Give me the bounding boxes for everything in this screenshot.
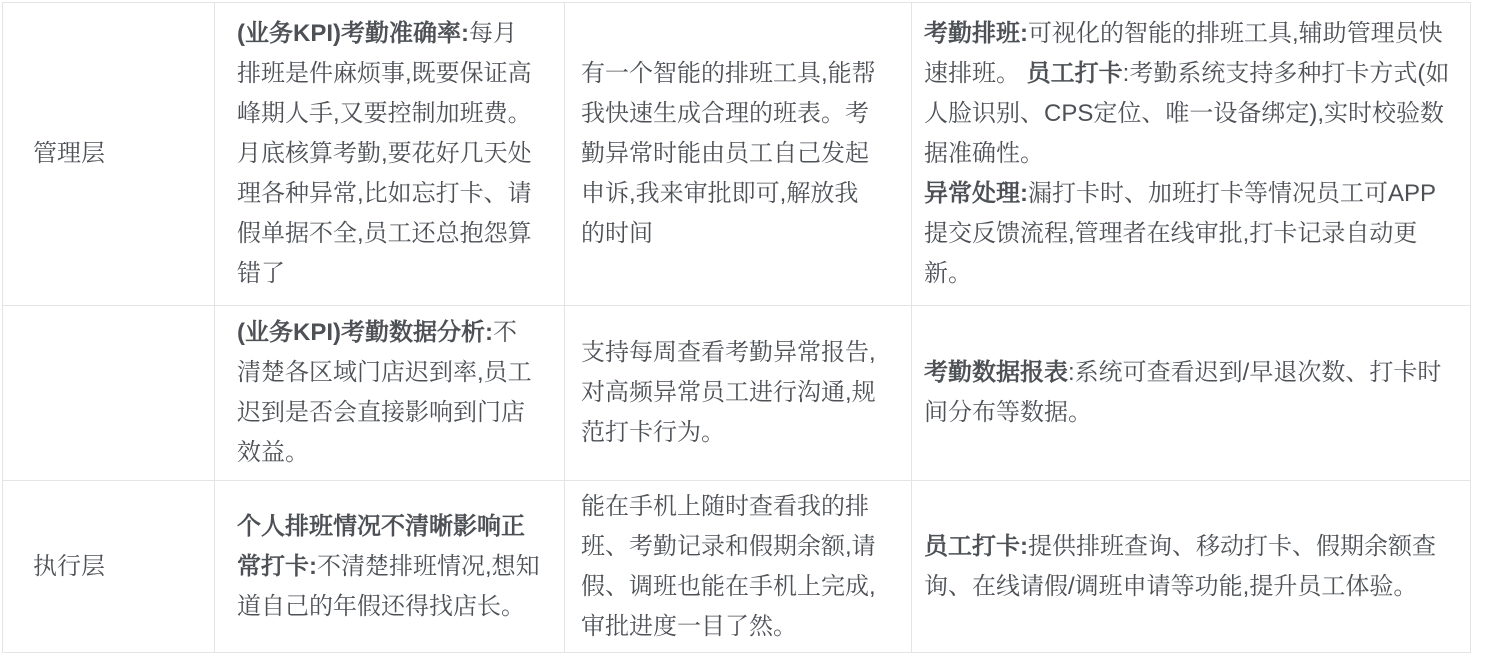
paragraph: 能在手机上随时查看我的排班、考勤记录和假期余额,请假、调班也能在手机上完成,审批… [581, 487, 880, 647]
cell-pain-point-management[interactable]: (业务KPI)考勤准确率:每月排班是件麻烦事,既要保证高峰期人手,又要控制加班费… [215, 3, 565, 306]
paragraph: 支持每周查看考勤异常报告,对高频异常员工进行沟通,规范打卡行为。 [581, 333, 880, 453]
paragraph: 有一个智能的排班工具,能帮我快速生成合理的班表。考勤异常时能由员工自己发起申诉,… [581, 54, 880, 254]
cell-role-execution[interactable]: 执行层 [3, 481, 215, 653]
paragraph: (业务KPI)考勤准确率:每月排班是件麻烦事,既要保证高峰期人手,又要控制加班费… [237, 14, 540, 294]
cell-solution-execution[interactable]: 员工打卡:提供排班查询、移动打卡、假期余额查询、在线请假/调班申请等功能,提升员… [912, 481, 1471, 653]
paragraph: (业务KPI)考勤数据分析:不清楚各区域门店迟到率,员工迟到是否会直接影响到门店… [237, 313, 540, 473]
bold-text-run: 员工打卡: [924, 533, 1028, 560]
text-run: 有一个智能的排班工具,能帮我快速生成合理的班表。考勤异常时能由员工自己发起申诉,… [581, 60, 876, 247]
paragraph: 考勤排班:可视化的智能的排班工具,辅助管理员快速排班。 员工打卡:考勤系统支持多… [924, 14, 1456, 174]
bold-text-run: 考勤排班: [924, 20, 1028, 47]
bold-text-run: (业务KPI)考勤数据分析: [237, 319, 493, 346]
persona-pain-need-solution-table: 管理层 (业务KPI)考勤准确率:每月排班是件麻烦事,既要保证高峰期人手,又要控… [2, 2, 1471, 653]
cell-need-execution[interactable]: 能在手机上随时查看我的排班、考勤记录和假期余额,请假、调班也能在手机上完成,审批… [565, 481, 912, 653]
table-row-execution: 执行层 个人排班情况不清晰影响正常打卡:不清楚排班情况,想知道自己的年假还得找店… [3, 481, 1471, 653]
paragraph: 异常处理:漏打卡时、加班打卡等情况员工可APP提交反馈流程,管理者在线审批,打卡… [924, 174, 1456, 294]
cell-solution-management[interactable]: 考勤排班:可视化的智能的排班工具,辅助管理员快速排班。 员工打卡:考勤系统支持多… [912, 3, 1471, 306]
table-row-management: 管理层 (业务KPI)考勤准确率:每月排班是件麻烦事,既要保证高峰期人手,又要控… [3, 3, 1471, 306]
bold-text-run: 考勤数据报表 [924, 359, 1068, 386]
table-body: 管理层 (业务KPI)考勤准确率:每月排班是件麻烦事,既要保证高峰期人手,又要控… [3, 3, 1471, 653]
bold-text-run: 异常处理: [924, 180, 1028, 207]
cell-pain-point-data-analysis[interactable]: (业务KPI)考勤数据分析:不清楚各区域门店迟到率,员工迟到是否会直接影响到门店… [215, 306, 565, 481]
text-run: 支持每周查看考勤异常报告,对高频异常员工进行沟通,规范打卡行为。 [581, 339, 876, 446]
cell-role-management[interactable]: 管理层 [3, 3, 215, 306]
text-run: 每月排班是件麻烦事,既要保证高峰期人手,又要控制加班费。月底核算考勤,要花好几天… [237, 20, 532, 287]
paragraph: 员工打卡:提供排班查询、移动打卡、假期余额查询、在线请假/调班申请等功能,提升员… [924, 527, 1456, 607]
bold-text-run: 员工打卡 [1027, 60, 1123, 87]
cell-need-data-analysis[interactable]: 支持每周查看考勤异常报告,对高频异常员工进行沟通,规范打卡行为。 [565, 306, 912, 481]
cell-solution-data-analysis[interactable]: 考勤数据报表:系统可查看迟到/早退次数、打卡时间分布等数据。 [912, 306, 1471, 481]
cell-need-management[interactable]: 有一个智能的排班工具,能帮我快速生成合理的班表。考勤异常时能由员工自己发起申诉,… [565, 3, 912, 306]
text-run: 能在手机上随时查看我的排班、考勤记录和假期余额,请假、调班也能在手机上完成,审批… [581, 493, 876, 640]
cell-pain-point-execution[interactable]: 个人排班情况不清晰影响正常打卡:不清楚排班情况,想知道自己的年假还得找店长。 [215, 481, 565, 653]
cell-role-empty[interactable] [3, 306, 215, 481]
paragraph: 考勤数据报表:系统可查看迟到/早退次数、打卡时间分布等数据。 [924, 353, 1456, 433]
table-row-management-kpi: (业务KPI)考勤数据分析:不清楚各区域门店迟到率,员工迟到是否会直接影响到门店… [3, 306, 1471, 481]
bold-text-run: (业务KPI)考勤准确率: [237, 20, 469, 47]
paragraph: 个人排班情况不清晰影响正常打卡:不清楚排班情况,想知道自己的年假还得找店长。 [237, 507, 540, 627]
